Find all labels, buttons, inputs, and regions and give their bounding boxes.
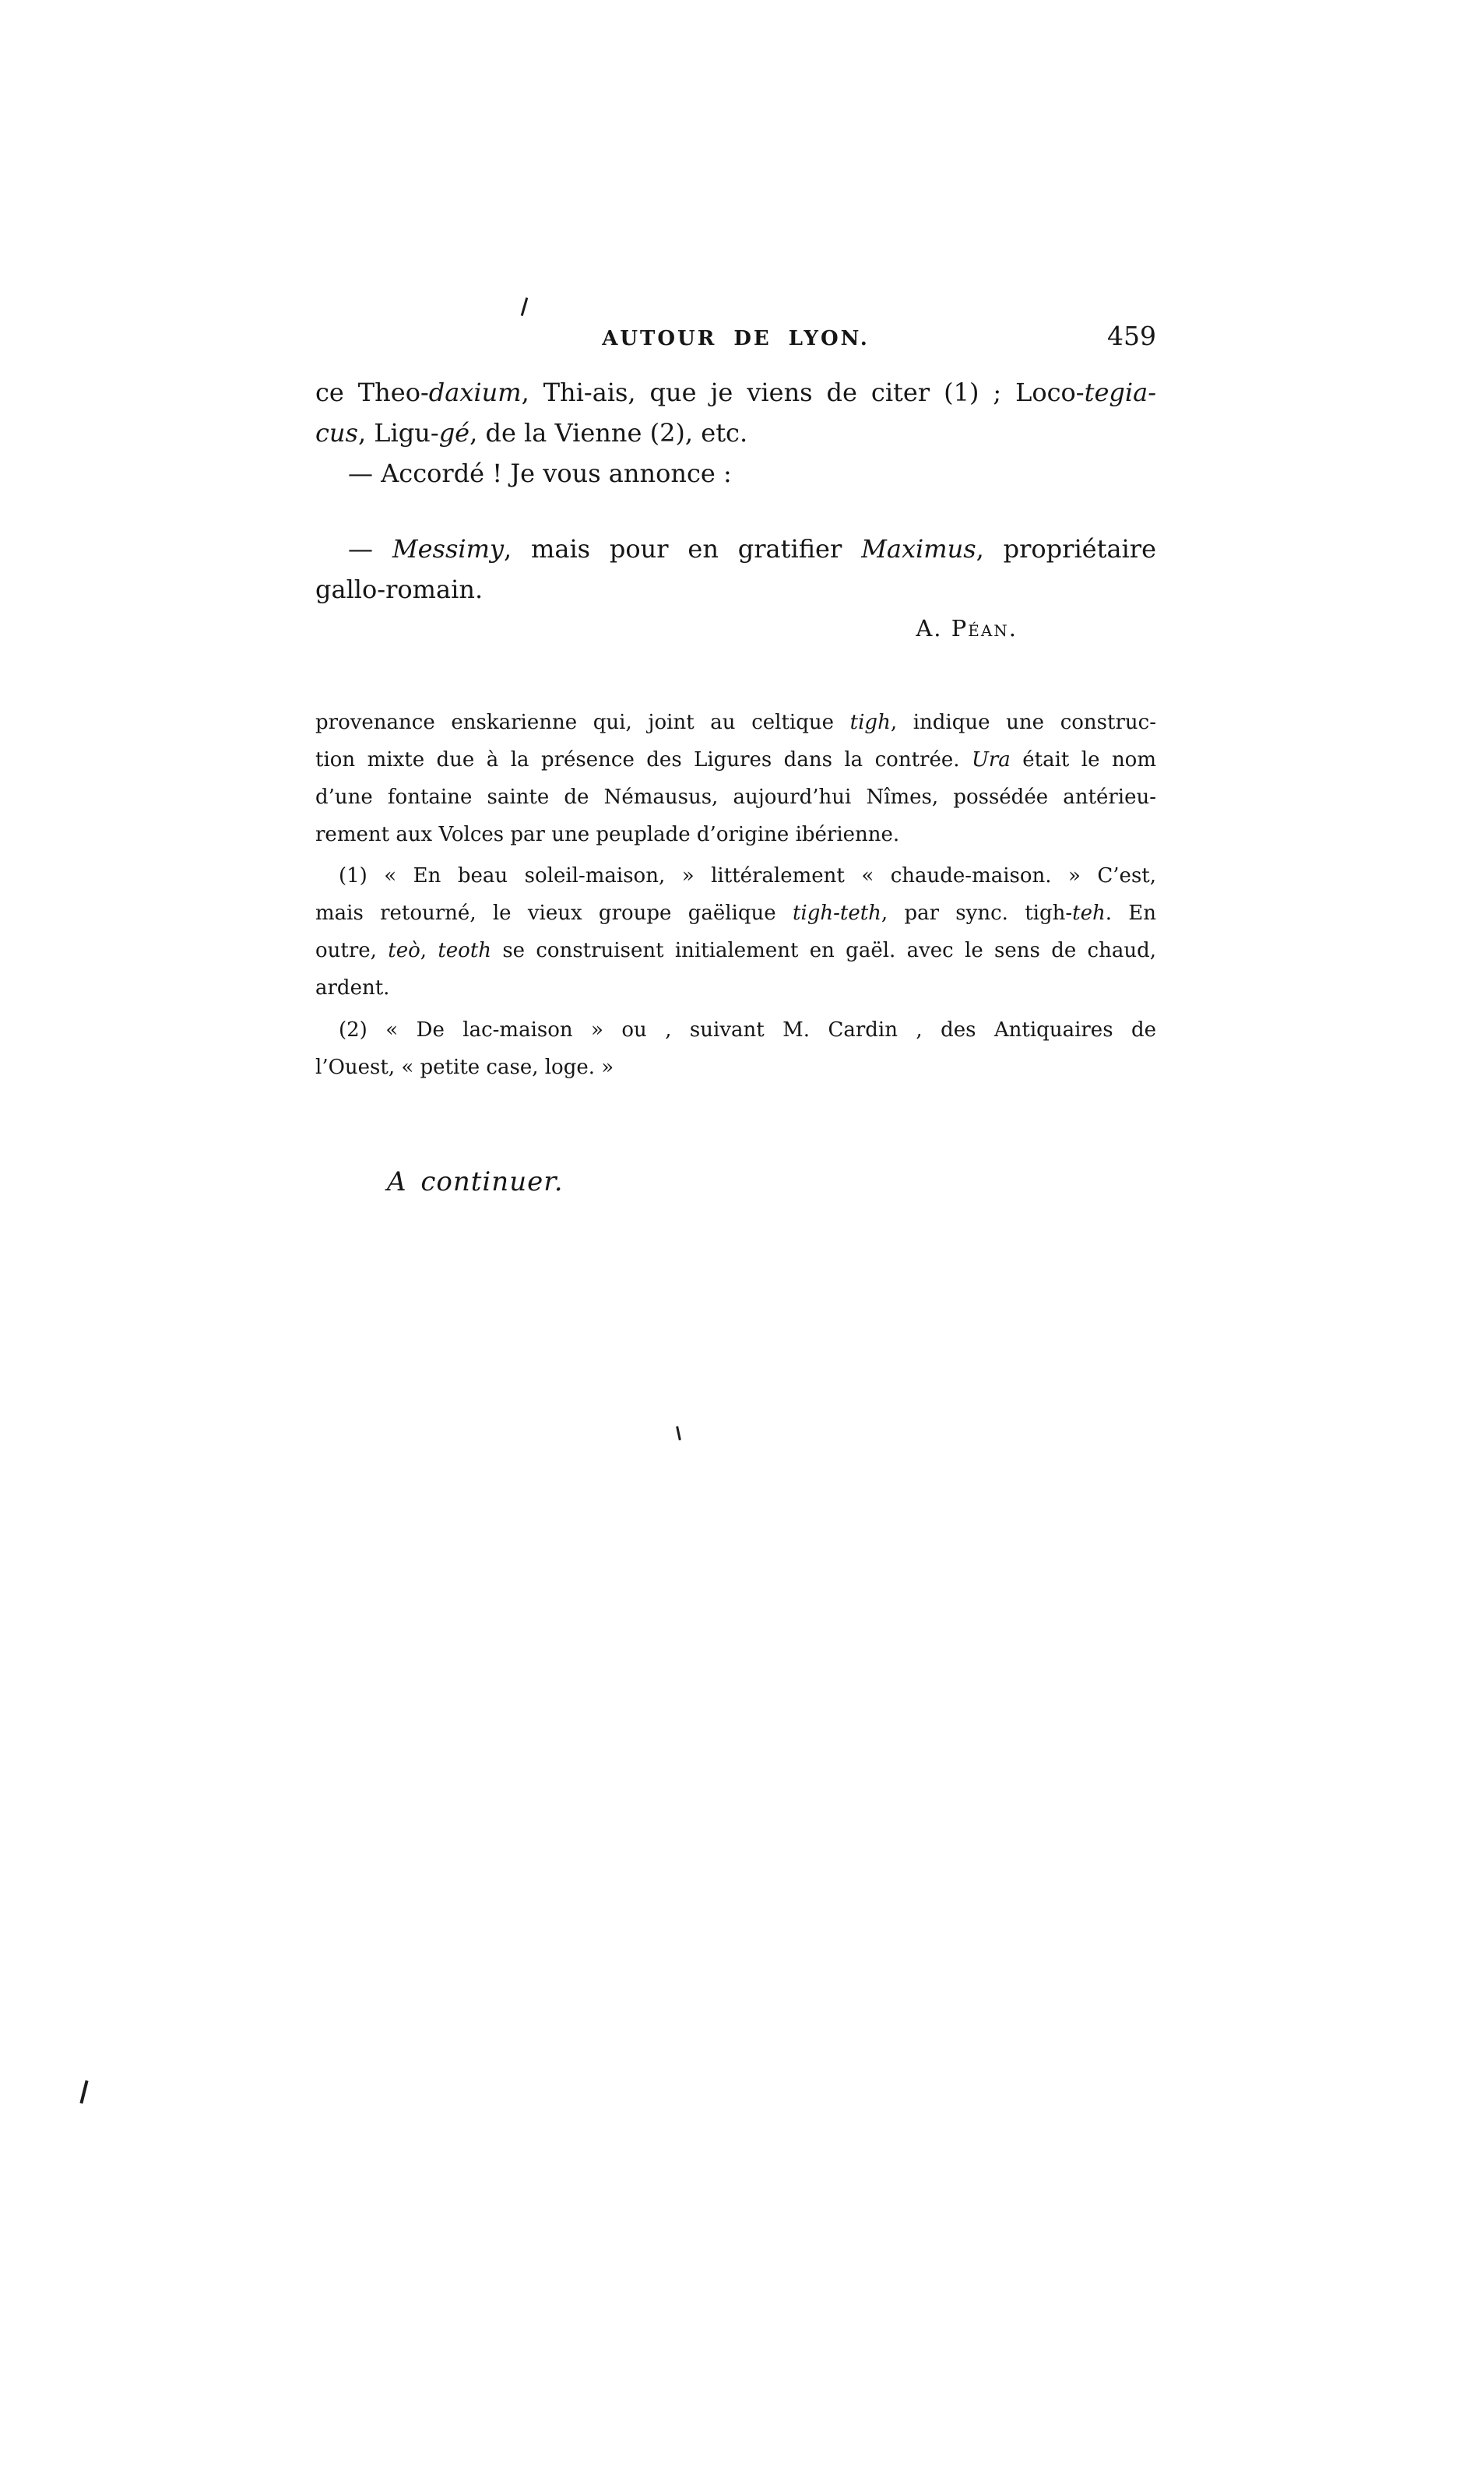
text-line: rement aux Volces par une peuplade d’ori…	[315, 816, 1156, 853]
italic-text-run: teh	[1072, 902, 1106, 925]
footnote-1: (1) « En beau soleil-maison, » littérale…	[315, 857, 1156, 1007]
text-run: , de la Vienne (2), etc.	[469, 418, 747, 448]
italic-text-run: tegia-	[1085, 378, 1156, 407]
italic-text-run: Maximus	[861, 534, 976, 564]
text-line: d’une fontaine sainte de Némausus, aujou…	[315, 779, 1156, 816]
text-line: — Messimy, mais pour en gratifier Maximu…	[315, 529, 1156, 569]
text-line: provenance enskarienne qui, joint au cel…	[315, 704, 1156, 741]
text-run: provenance enskarienne qui, joint au cel…	[315, 711, 850, 734]
text-run: ardent.	[315, 976, 389, 1000]
text-line: outre, teò, teoth se construisent initia…	[315, 932, 1156, 969]
text-line: cus, Ligu-gé, de la Vienne (2), etc.	[315, 413, 1156, 453]
text-line: tion mixte due à la présence des Ligures…	[315, 741, 1156, 779]
text-run: rement aux Volces par une peuplade d’ori…	[315, 823, 899, 846]
text-run: ,	[420, 939, 438, 962]
text-run: (1) « En beau soleil-maison, » littérale…	[339, 864, 1156, 888]
text-run: (2) « De lac-maison » ou , suivant M. Ca…	[339, 1018, 1156, 1042]
italic-text-run: cus	[315, 418, 358, 448]
text-run: , Thi-ais, que je viens de citer (1) ; L…	[522, 378, 1085, 407]
text-line: (1) « En beau soleil-maison, » littérale…	[315, 857, 1156, 895]
page-text-block: AUTOUR DE LYON. 459 ce Theo-daxium, Thi-…	[315, 0, 1156, 2482]
text-run: . En	[1106, 902, 1156, 925]
italic-text-run: Messimy	[392, 534, 504, 564]
running-header: AUTOUR DE LYON. 459	[315, 321, 1156, 357]
text-line: (2) « De lac-maison » ou , suivant M. Ca…	[315, 1011, 1156, 1049]
text-line: gallo-romain.	[315, 569, 1156, 610]
text-run: , par sync. tigh-	[881, 902, 1072, 925]
text-run: l’Ouest, « petite case, loge. »	[315, 1056, 614, 1079]
text-run: ce Theo-	[315, 378, 429, 407]
header-title: AUTOUR DE LYON.	[315, 327, 1156, 350]
text-run: — Accordé ! Je vous annonce :	[348, 459, 732, 488]
italic-text-run: tigh-teth	[793, 902, 881, 925]
text-run: , Ligu-	[358, 418, 439, 448]
text-run: —	[348, 534, 392, 564]
dialogue-line-accorde: — Accordé ! Je vous annonce :	[315, 453, 1156, 494]
text-run: outre,	[315, 939, 388, 962]
to-be-continued-notice: A continuer.	[387, 1166, 564, 1197]
opening-paragraph: ce Theo-daxium, Thi-ais, que je viens de…	[315, 372, 1156, 453]
text-line: ce Theo-daxium, Thi-ais, que je viens de…	[315, 372, 1156, 413]
text-run: était le nom	[1011, 748, 1156, 772]
text-run: d’une fontaine sainte de Némausus, aujou…	[315, 786, 1156, 809]
text-run: se construisent initialement en gaël. av…	[491, 939, 1156, 962]
italic-text-run: daxium	[429, 378, 522, 407]
author-signature: A. Péan.	[916, 615, 1018, 642]
italic-text-run: teoth	[438, 939, 491, 962]
text-line: mais retourné, le vieux groupe gaëlique …	[315, 895, 1156, 932]
text-run: gallo-romain.	[315, 575, 483, 604]
italic-text-run: tigh	[850, 711, 891, 734]
text-run: , indique une construc-	[891, 711, 1156, 734]
text-line: l’Ouest, « petite case, loge. »	[315, 1049, 1156, 1086]
italic-text-run: Ura	[972, 748, 1011, 772]
footnote-continuation: provenance enskarienne qui, joint au cel…	[315, 704, 1156, 853]
page-number: 459	[1107, 321, 1156, 351]
scan-speck-bottom-left	[79, 2080, 88, 2104]
text-line: ardent.	[315, 969, 1156, 1007]
dialogue-paragraph-messimy: — Messimy, mais pour en gratifier Maximu…	[315, 529, 1156, 610]
text-run: tion mixte due à la présence des Ligures…	[315, 748, 972, 772]
italic-text-run: gé	[439, 418, 469, 448]
scanned-book-page: { "colors": { "ink": "#161616", "paper":…	[0, 0, 1484, 2482]
italic-text-run: teò	[388, 939, 420, 962]
footnote-2: (2) « De lac-maison » ou , suivant M. Ca…	[315, 1011, 1156, 1086]
text-run: , mais pour en gratifier	[504, 534, 861, 564]
text-run: mais retourné, le vieux groupe gaëlique	[315, 902, 793, 925]
text-line: — Accordé ! Je vous annonce :	[315, 453, 1156, 494]
text-run: , propriétaire	[976, 534, 1156, 564]
